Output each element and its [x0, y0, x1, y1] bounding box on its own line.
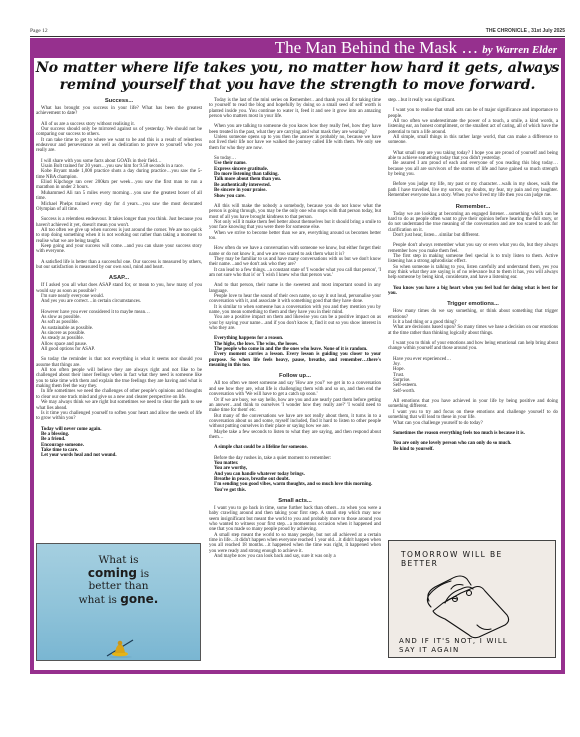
illustration-tomorrow-better: TOMORROW WILL BE BETTER AND IF IT'S NOT,…: [388, 540, 556, 658]
paragraph: It is similar to when someone has a conv…: [209, 305, 381, 316]
paragraph: What small step are you taking today? I …: [388, 151, 558, 162]
paragraph: People don't always remember what you sa…: [388, 243, 558, 254]
paragraph: Keep going and your success will come…an…: [36, 244, 202, 255]
section-heading-asap: ASAP...: [36, 275, 202, 282]
quote-text: What is coming is better than what is go…: [37, 554, 200, 606]
paragraph: Unless someone opens up to you then the …: [209, 135, 381, 151]
quote-line: better than: [37, 580, 200, 593]
section-heading-trigger-emotions: Trigger emotions...: [388, 301, 558, 308]
paragraph: I want you to realise that small acts ca…: [388, 108, 558, 119]
paragraph: When we strive to become better than we …: [209, 231, 381, 242]
kayaker-illustration-icon: [105, 636, 135, 658]
caption-line: AND IF IT'S NOT, I WILL: [399, 637, 508, 646]
paragraph: A satisfied life is better than a succes…: [36, 260, 202, 271]
paragraph: A small step meant the world to so many …: [209, 533, 381, 554]
paragraph: Is it time you challenged yourself to so…: [36, 411, 202, 422]
paragraph: All too often we meet someone and say 'H…: [209, 381, 381, 397]
paragraph: All this will make the nobody a somebody…: [209, 204, 381, 220]
paragraph: How often do we have a conversation with…: [209, 246, 381, 257]
quote-emphasis: coming: [88, 566, 137, 580]
column-3: step…but it really was significant. I wa…: [388, 98, 558, 452]
paragraph: I want you to try and focus on these emo…: [388, 410, 558, 421]
paragraph: All too often we give up when success is…: [36, 228, 202, 244]
bold-paragraph: You know you have a big heart when you f…: [388, 286, 558, 297]
section-heading-small-acts: Small acts...: [209, 498, 381, 505]
paragraph: So when someone is talking to you, liste…: [388, 265, 558, 281]
column-title: The Man Behind the Mask …: [275, 38, 479, 57]
paragraph: Maybe take a few seconds to listen to wh…: [209, 430, 381, 441]
illustration-caption-top: TOMORROW WILL BE BETTER: [401, 550, 503, 568]
paragraph: They may be familiar to us and have many…: [209, 257, 381, 268]
paragraph: And to that person, their name is the sw…: [209, 283, 381, 294]
bold-list-item: Let your words heal and not wound.: [36, 453, 202, 458]
paragraph: Today is the last of the mini series on …: [209, 98, 381, 119]
paragraph: Eliud Kipchoge ran over 200km per week…y…: [36, 180, 202, 191]
caption-line: TOMORROW WILL BE: [401, 550, 503, 559]
paragraph: What are decisions based upon? So many t…: [388, 325, 558, 336]
article-headline: No matter where life takes you, no matte…: [34, 60, 561, 94]
paragraph: If I asked you all what does ASAP stand …: [36, 283, 202, 294]
bold-paragraph: Be kind to yourself.: [388, 447, 558, 452]
paragraph: It can lead to a few things…a constant s…: [209, 268, 381, 279]
quote-line: what is gone.: [37, 593, 200, 607]
illustration-caption-bottom: AND IF IT'S NOT, I WILL SAY IT AGAIN: [399, 637, 508, 654]
page-number: Page 12: [30, 28, 48, 34]
caption-line: SAY IT AGAIN: [399, 646, 508, 655]
paragraph: Before you judge my life, my past or my …: [388, 182, 558, 198]
column-1: Success... What has brought you success …: [36, 98, 202, 459]
paragraph: All emotions that you have achieved in y…: [388, 399, 558, 410]
bold-paragraph: Every moment carries a lesson. Every les…: [209, 352, 381, 368]
paragraph: Muhammed Ali ran 5 miles every morning…y…: [36, 191, 202, 202]
paragraph: What has brought you success in your lif…: [36, 106, 202, 117]
byline: by Warren Elder: [482, 44, 557, 56]
quote-fragment: what is: [79, 594, 121, 606]
quote-image-kayak: What is coming is better than what is go…: [36, 543, 201, 661]
bold-list-item: I'm sending you good vibes, warm thought…: [209, 482, 381, 487]
quote-line: coming is: [37, 567, 200, 581]
paragraph: And maybe now you can look back and say,…: [209, 554, 381, 559]
paragraph: So today the reminder is that not everyt…: [36, 357, 202, 368]
paragraph: We may always think we are right but som…: [36, 400, 202, 411]
paragraph: When you are talking to someone do you k…: [209, 124, 381, 135]
paragraph: All simple, small things in this rather …: [388, 135, 558, 146]
person-in-bed-icon: [421, 571, 516, 639]
quote-emphasis: gone.: [120, 592, 158, 606]
paragraph: Be assured I am proud of each and everyo…: [388, 161, 558, 177]
page-header-rule: Page 12 THE CHRONICLE , 31st July 2025: [30, 28, 565, 37]
section-heading-follow-up: Follow up...: [209, 373, 381, 380]
column-2: Today is the last of the mini series on …: [209, 98, 381, 559]
paragraph: Kobe Bryant made 1,000 practice shots a …: [36, 169, 202, 180]
section-heading-success: Success...: [36, 98, 202, 105]
paragraph: Or if we are busy, we say hello, how are…: [209, 398, 381, 414]
column-banner: The Man Behind the Mask …by Warren Elder: [30, 38, 565, 58]
paragraph: Our success should only be mirrored agai…: [36, 127, 202, 138]
paragraph: All too often people will believe they a…: [36, 368, 202, 389]
paragraph: In life sometimes we need the challenges…: [36, 389, 202, 400]
paragraph: Success is a relentless endeavour. It ta…: [36, 217, 202, 228]
paragraph: Not only will it make them feel better a…: [209, 220, 381, 231]
paragraph: You are a positive impact on them and li…: [209, 315, 381, 331]
section-heading-remember: Remember...: [388, 204, 558, 211]
paragraph: The first step in making someone feel sp…: [388, 254, 558, 265]
paragraph: I want you to go back in time, some furt…: [209, 506, 381, 533]
paragraph: But many of the conversations we have ar…: [209, 414, 381, 430]
paragraph: I want you to think of your emotions and…: [388, 341, 558, 352]
caption-line: BETTER: [401, 559, 503, 568]
paragraph: All too often we underestimate the power…: [388, 119, 558, 135]
paragraph: People love to hear the sound of their o…: [209, 294, 381, 305]
paragraph: Today we are looking at becoming an enga…: [388, 212, 558, 233]
masthead: THE CHRONICLE , 31st July 2025: [486, 28, 565, 34]
paragraph: It can take time to get to where we want…: [36, 138, 202, 154]
paragraph: How many times do we say something, or t…: [388, 309, 558, 320]
quote-fragment: is: [137, 568, 149, 580]
paragraph: Michael Phelps trained every day for 4 y…: [36, 202, 202, 213]
